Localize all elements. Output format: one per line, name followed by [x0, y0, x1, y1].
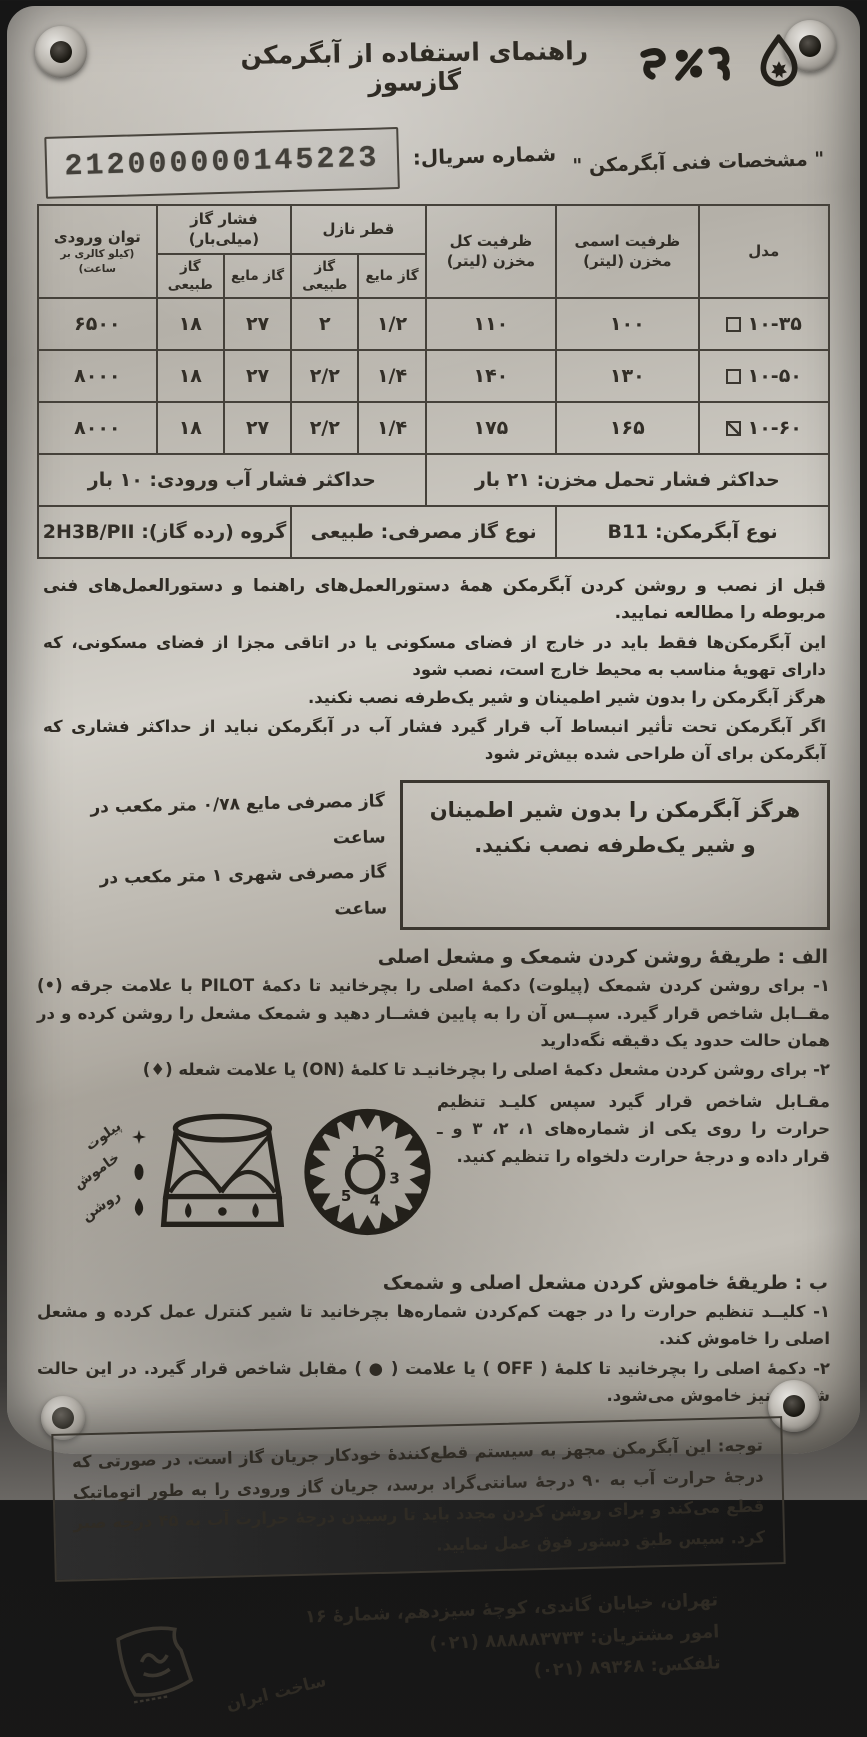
section-a: الف : طریقهٔ روشن کردن شمعک و مشعل اصلی … [37, 946, 830, 1256]
gas-consumed-type: نوع گاز مصرفی: طبیعی [291, 506, 556, 558]
table-row: ۱۰-۵۰ ۱۳۰ ۱۴۰ ۱/۴ ۲/۲ ۲۷ ۱۸ ۸۰۰۰ [38, 350, 829, 402]
warning-line: و شیر یک‌طرفه نصب نکنید. [421, 828, 809, 864]
input-power-unit: (کیلو کالری بر ساعت) [41, 247, 154, 275]
pressure-ng-value: ۱۸ [157, 402, 224, 454]
warning-line: هرگز آبگرمکن را بدون شیر اطمینان [421, 793, 809, 829]
nominal-capacity-value: ۱۶۵ [556, 402, 698, 454]
nozzle-ng-value: ۲ [291, 298, 358, 350]
section-b-item-2: ۲- دکمهٔ اصلی را بچرخانید تا کلمهٔ ( OFF… [37, 1355, 830, 1410]
table-row: ۱۰-۶۰ ۱۶۵ ۱۷۵ ۱/۴ ۲/۲ ۲۷ ۱۸ ۸۰۰۰ [38, 402, 829, 454]
section-a-heading: الف : طریقهٔ روشن کردن شمعک و مشعل اصلی [37, 946, 828, 968]
subcol-ng: گاز طبیعی [291, 254, 358, 298]
page-title: راهنمای استفاده از آبگرمکن گازسوز [77, 35, 633, 101]
total-capacity-value: ۱۷۵ [426, 402, 557, 454]
attention-box: توجه: این آبگرمکن مجهز به سیستم قطع‌کنند… [51, 1416, 785, 1500]
nameplate: راهنمای استفاده از آبگرمکن گازسوز " مشخص… [7, 6, 860, 1454]
gas-consumption-lpg: گاز مصرفی مایع ۰/۷۸ متر مکعب در ساعت [42, 784, 386, 863]
input-power-label: توان ورودی [54, 228, 141, 246]
total-capacity-value: ۱۱۰ [426, 298, 557, 350]
note-safety-valve: هرگز آبگرمکن را بدون شیر اطمینان و شیر ی… [43, 685, 826, 712]
header: راهنمای استفاده از آبگرمکن گازسوز [77, 33, 821, 101]
input-power-value: ۶۵۰۰ [38, 298, 157, 350]
heater-type: نوع آبگرمکن: B11 [556, 506, 829, 558]
serial-number-value: 212000000145223 [64, 142, 380, 185]
specs-heading: " مشخصات فنی آبگرمکن " [571, 122, 824, 177]
table-row: حداکثر فشار تحمل مخزن: ۲۱ بار حداکثر فشا… [38, 454, 829, 506]
table-row: ۱۰-۳۵ ۱۰۰ ۱۱۰ ۱/۲ ۲ ۲۷ ۱۸ ۶۵۰۰ [38, 298, 829, 350]
off-dot-icon [131, 1162, 147, 1182]
pilot-label: پیلوت [81, 1116, 127, 1158]
nominal-capacity-value: ۱۳۰ [556, 350, 698, 402]
total-capacity-value: ۱۴۰ [426, 350, 557, 402]
pressure-ng-value: ۱۸ [157, 298, 224, 350]
flame-icon [131, 1197, 147, 1217]
control-illustrations: پیلوت خاموش روشن [37, 1088, 437, 1256]
temperature-dial-icon: 1 2 3 4 5 [298, 1097, 437, 1247]
gas-usage-section: هرگز آبگرمکن را بدون شیر اطمینان و شیر ی… [43, 780, 830, 931]
dial-number: 4 [370, 1191, 380, 1209]
nozzle-ng-value: ۲/۲ [291, 350, 358, 402]
subcol-lpg: گاز مایع [224, 254, 291, 298]
model-value: ۱۰-۳۵ [748, 313, 802, 335]
gas-group: گروه (رده گاز): 2H3B/PII [38, 506, 291, 558]
model-checkbox-checked [726, 421, 741, 436]
nozzle-lpg-value: ۱/۴ [358, 350, 425, 402]
section-b-item-1: ۱- کلیــد تنظیم حرارت را در جهت کم‌کردن … [37, 1298, 830, 1353]
pressure-ng-value: ۱۸ [157, 350, 224, 402]
dial-number: 1 [351, 1143, 361, 1161]
droplet-flame-icon [756, 34, 803, 91]
spark-icon [131, 1129, 147, 1145]
model-value: ۱۰-۵۰ [748, 365, 802, 387]
nozzle-ng-value: ۲/۲ [291, 402, 358, 454]
section-b: ب : طریقهٔ خاموش کردن مشعل اصلی و شمعک ۱… [37, 1272, 830, 1410]
pressure-lpg-value: ۲۷ [224, 298, 291, 350]
serial-number-box: 212000000145223 [44, 127, 399, 199]
section-a-item-1: ۱- برای روشن کردن شمعک (پیلوت) دکمهٔ اصل… [37, 972, 830, 1054]
safety-warning-box: هرگز آبگرمکن را بدون شیر اطمینان و شیر ی… [400, 780, 830, 931]
nominal-capacity-value: ۱۰۰ [556, 298, 698, 350]
serial-section: " مشخصات فنی آبگرمکن " شماره سریال: 2120… [44, 115, 824, 199]
model-checkbox [726, 317, 741, 332]
brand-logo [632, 34, 803, 92]
col-header-model: مدل [699, 205, 830, 298]
nozzle-lpg-value: ۱/۴ [358, 402, 425, 454]
max-inlet-water-pressure: حداکثر فشار آب ورودی: ۱۰ بار [38, 454, 426, 506]
col-header-input-power: توان ورودی (کیلو کالری بر ساعت) [38, 205, 157, 298]
subcol-lpg: گاز مایع [358, 254, 425, 298]
model-value: ۱۰-۶۰ [748, 417, 802, 439]
table-row: نوع آبگرمکن: B11 نوع گاز مصرفی: طبیعی گر… [38, 506, 829, 558]
dial-number: 2 [375, 1143, 385, 1161]
knob-position-labels: پیلوت خاموش روشن [51, 1125, 147, 1219]
gas-consumption: گاز مصرفی مایع ۰/۷۸ متر مکعب در ساعت گاز… [41, 776, 387, 934]
input-power-value: ۸۰۰۰ [38, 350, 157, 402]
section-b-heading: ب : طریقهٔ خاموش کردن مشعل اصلی و شمعک [37, 1272, 828, 1294]
dial-number: 5 [341, 1187, 351, 1205]
gas-knob-icon [153, 1102, 292, 1242]
serial-number-label: شماره سریال: [412, 142, 556, 170]
section-a-item-2-line1: ۲- برای روشن کردن مشعل دکمهٔ اصلی را بچر… [37, 1056, 830, 1083]
col-header-nominal-capacity: ظرفیت اسمی مخزن (لیتر) [556, 205, 698, 298]
max-tank-pressure: حداکثر فشار تحمل مخزن: ۲۱ بار [426, 454, 829, 506]
note-read-instructions: قبل از نصب و روشن کردن آبگرمکن همهٔ دستو… [43, 573, 826, 628]
subcol-ng: گاز طبیعی [157, 254, 224, 298]
brand-wordmark [638, 43, 747, 85]
note-expansion-pressure: اگر آبگرمکن تحت تأثیر انبساط آب قرار گیر… [43, 714, 826, 767]
col-header-nozzle-diameter: قطر نازل [291, 205, 425, 254]
note-installation-location: این آبگرمکن‌ها فقط باید در خارج از فضای … [43, 630, 826, 683]
spec-table: مدل ظرفیت اسمی مخزن (لیتر) ظرفیت کل مخزن… [37, 204, 830, 559]
pressure-lpg-value: ۲۷ [224, 402, 291, 454]
model-checkbox [726, 369, 741, 384]
gas-consumption-city: گاز مصرفی شهری ۱ متر مکعب در ساعت [43, 855, 387, 934]
input-power-value: ۸۰۰۰ [38, 402, 157, 454]
col-header-gas-pressure: فشار گاز (میلی‌بار) [157, 205, 291, 254]
col-header-total-capacity: ظرفیت کل مخزن (لیتر) [426, 205, 557, 298]
dial-number: 3 [390, 1169, 400, 1187]
general-notes: قبل از نصب و روشن کردن آبگرمکن همهٔ دستو… [43, 573, 826, 768]
pressure-lpg-value: ۲۷ [224, 350, 291, 402]
nozzle-lpg-value: ۱/۲ [358, 298, 425, 350]
